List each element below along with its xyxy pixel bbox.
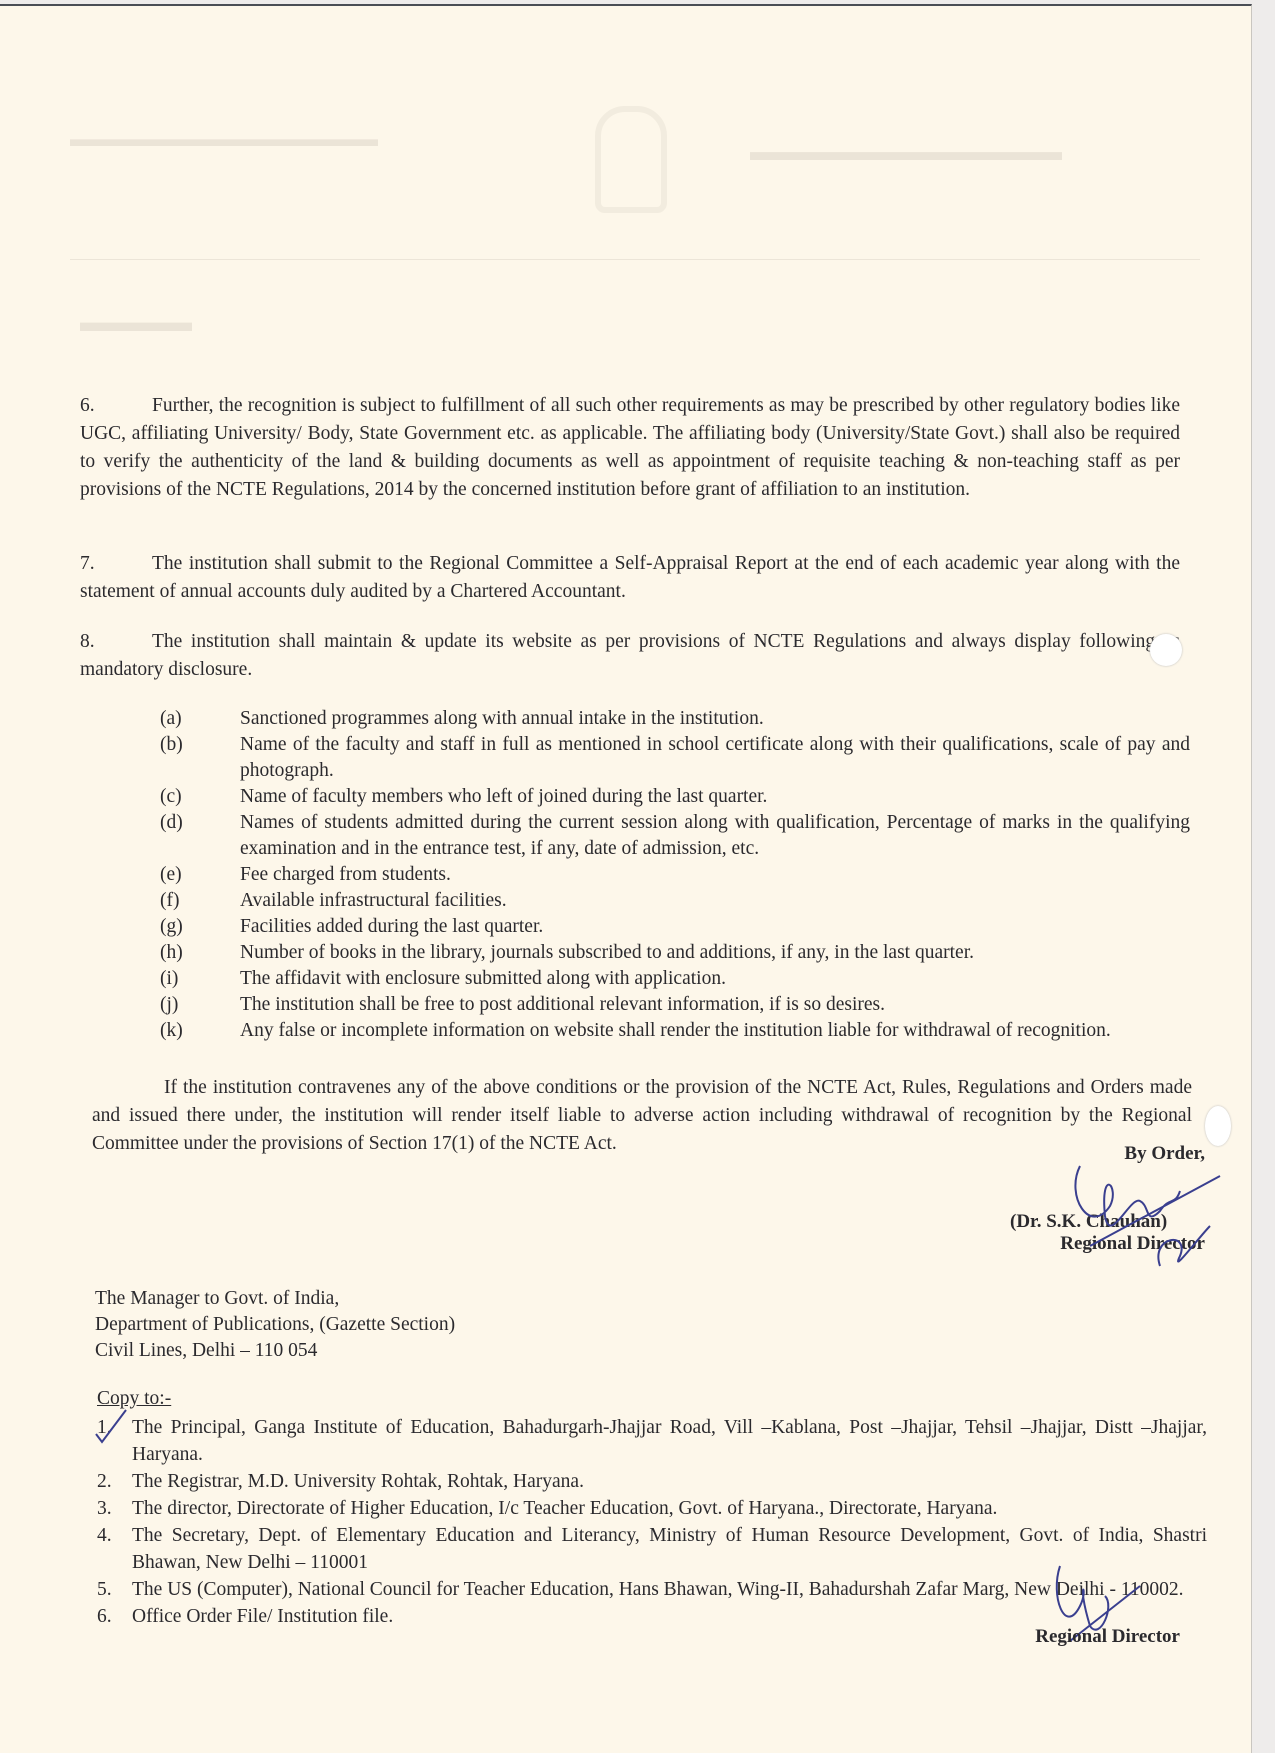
addressee-line: Civil Lines, Delhi – 110 054 — [95, 1338, 455, 1364]
disclosure-item: (e)Fee charged from students. — [160, 862, 1190, 888]
item-label: (i) — [160, 966, 240, 992]
paragraph-text: The institution shall maintain & update … — [80, 631, 1180, 680]
disclosure-item: (f)Available infrastructural facilities. — [160, 888, 1190, 914]
item-label: (f) — [160, 888, 240, 914]
handwritten-signature — [1060, 1136, 1230, 1286]
item-text: Fee charged from students. — [240, 862, 1190, 888]
item-text: Sanctioned programmes along with annual … — [240, 706, 1190, 732]
item-text: Number of books in the library, journals… — [240, 940, 1190, 966]
paragraph-number: 7. — [80, 550, 152, 578]
paragraph-8: 8.The institution shall maintain & updat… — [80, 628, 1180, 684]
disclosure-item: (b)Name of the faculty and staff in full… — [160, 732, 1190, 784]
disclosure-item: (g)Facilities added during the last quar… — [160, 914, 1190, 940]
disclosure-item: (k)Any false or incomplete information o… — [160, 1018, 1190, 1044]
paragraph-6: 6.Further, the recognition is subject to… — [80, 392, 1180, 504]
item-label: (a) — [160, 706, 240, 732]
addressee-block: The Manager to Govt. of India, Departmen… — [95, 1286, 455, 1364]
item-text: Names of students admitted during the cu… — [240, 810, 1190, 862]
addressee-line: The Manager to Govt. of India, — [95, 1286, 455, 1312]
item-text: The Registrar, M.D. University Rohtak, R… — [132, 1468, 1207, 1495]
item-text: The institution shall be free to post ad… — [240, 992, 1190, 1018]
copy-to-item: 2.The Registrar, M.D. University Rohtak,… — [97, 1468, 1207, 1495]
item-label: (b) — [160, 732, 240, 784]
bleed-through-emblem — [595, 106, 667, 213]
item-label: (c) — [160, 784, 240, 810]
copy-to-item: 3.The director, Directorate of Higher Ed… — [97, 1495, 1207, 1522]
item-label: (e) — [160, 862, 240, 888]
mandatory-disclosure-list: (a)Sanctioned programmes along with annu… — [160, 706, 1190, 1044]
item-text: Available infrastructural facilities. — [240, 888, 1190, 914]
checkmark-icon — [90, 1404, 130, 1444]
disclosure-item: (h)Number of books in the library, journ… — [160, 940, 1190, 966]
item-text: Any false or incomplete information on w… — [240, 1018, 1190, 1044]
item-label: (j) — [160, 992, 240, 1018]
copy-to-item: 1.The Principal, Ganga Institute of Educ… — [97, 1414, 1207, 1468]
footer-signatory-title: Regional Director — [990, 1626, 1180, 1648]
item-text: Name of faculty members who left of join… — [240, 784, 1190, 810]
item-text: The affidavit with enclosure submitted a… — [240, 966, 1190, 992]
item-label: (d) — [160, 810, 240, 862]
paragraph-text: Further, the recognition is subject to f… — [80, 395, 1180, 500]
item-number: 4. — [97, 1522, 132, 1576]
paragraph-number: 8. — [80, 628, 152, 656]
item-text: Facilities added during the last quarter… — [240, 914, 1190, 940]
document-page: ▬▬▬▬▬▬▬▬▬▬▬▬▬▬ ▬▬▬▬▬▬▬▬▬▬▬▬ ▬▬▬▬ 6.Furth… — [0, 4, 1252, 1753]
item-text: The Principal, Ganga Institute of Educat… — [132, 1414, 1207, 1468]
item-number: 3. — [97, 1495, 132, 1522]
item-number: 5. — [97, 1576, 132, 1603]
paragraph-7: 7.The institution shall submit to the Re… — [80, 550, 1180, 606]
paragraph-number: 6. — [80, 392, 152, 420]
punch-hole — [1150, 634, 1182, 666]
addressee-line: Department of Publications, (Gazette Sec… — [95, 1312, 455, 1338]
bleed-through-letterhead-left: ▬▬▬▬▬▬▬▬▬▬▬▬▬▬ — [70, 126, 378, 152]
disclosure-item: (a)Sanctioned programmes along with annu… — [160, 706, 1190, 732]
bleed-through-date: ▬▬▬▬ — [80, 306, 192, 338]
disclosure-item: (d)Names of students admitted during the… — [160, 810, 1190, 862]
punch-hole — [1205, 1106, 1231, 1146]
item-text: Name of the faculty and staff in full as… — [240, 732, 1190, 784]
disclosure-item: (c)Name of faculty members who left of j… — [160, 784, 1190, 810]
item-label: (g) — [160, 914, 240, 940]
disclosure-item: (i)The affidavit with enclosure submitte… — [160, 966, 1190, 992]
item-label: (k) — [160, 1018, 240, 1044]
item-text: The director, Directorate of Higher Educ… — [132, 1495, 1207, 1522]
paragraph-text: The institution shall submit to the Regi… — [80, 553, 1180, 602]
item-label: (h) — [160, 940, 240, 966]
bleed-through-rule — [70, 259, 1200, 260]
item-number: 6. — [97, 1603, 132, 1630]
disclosure-item: (j)The institution shall be free to post… — [160, 992, 1190, 1018]
item-number: 2. — [97, 1468, 132, 1495]
bleed-through-letterhead-right: ▬▬▬▬▬▬▬▬▬▬▬▬ — [750, 136, 1062, 167]
